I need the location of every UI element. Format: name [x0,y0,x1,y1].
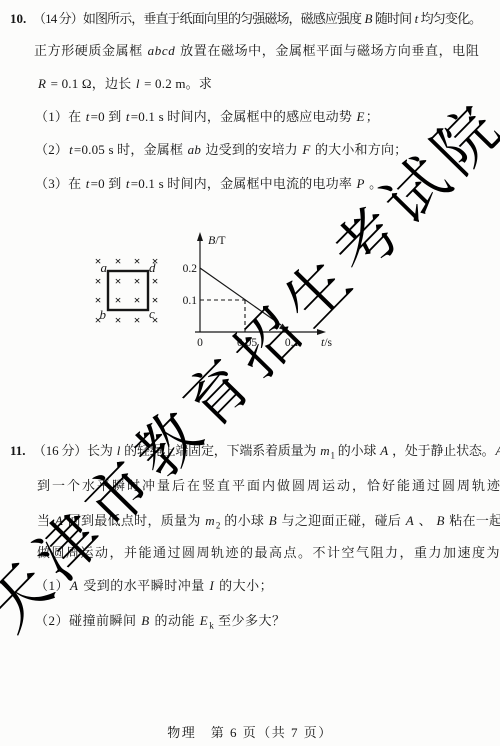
corner-label-c: c [149,306,155,321]
flux-cross-icon: × [115,313,122,327]
question-10-item-1: （1）在 t=0 到 t=0.1 s 时间内，金属框中的感应电动势 E； [35,109,379,125]
question-11-number: 11. [10,443,26,459]
x-axis-title: t/s [321,335,333,349]
corner-label-b: b [100,307,107,322]
flux-cross-icon: × [152,293,159,307]
y-axis-title: B/T [208,233,226,247]
page-footer: 物理 第 6 页（共 7 页） [0,722,500,741]
y-axis-arrow-icon [197,232,203,241]
y-tick-0p1: 0.1 [183,295,198,307]
question-10-line-3: R = 0.1 Ω，边长 l = 0.2 m。求 [37,76,212,92]
question-11-item-1: （1）A 受到的水平瞬时冲量 I 的大小； [35,578,273,594]
question-11-line-1: （16 分）长为 l 的轻绳上端固定，下端系着质量为 m1 的小球 A ，处于静… [33,443,500,464]
flux-cross-icon: × [95,293,102,307]
x-tick-0p05: 0.05 [237,337,257,349]
question-10-number: 10. [10,11,26,27]
question-11-item-2: （2）碰撞前瞬间 B 的动能 Ek 至少多大？ [35,613,285,634]
flux-cross-icon: × [115,293,122,307]
x-tick-0: 0 [197,337,203,349]
question-10-line-1: （14 分）如图所示，垂直于纸面向里的匀强磁场，磁感应强度 B 随时间 t 均匀… [33,11,481,27]
flux-cross-icon: × [134,254,141,268]
question-10-line-2: 正方形硬质金属框 abcd 放置在磁场中，金属框平面与磁场方向垂直，电阻 [34,43,479,59]
corner-label-d: d [149,260,156,275]
y-tick-0p2: 0.2 [183,263,198,275]
question-11-line-4: 做圆周运动，并能通过圆周轨迹的最高点。不计空气阻力，重力加速度为 g ，求 [37,545,500,561]
figure-bt-graph: B/T t/s 0.2 0.1 0 0.05 0.1 [178,224,358,356]
question-10-item-2: （2）t=0.05 s 时，金属框 ab 边受到的安培力 F 的大小和方向； [35,142,407,158]
flux-cross-icon: × [115,254,122,268]
flux-cross-icon: × [152,274,159,288]
graph-line-B-vs-t [200,268,281,325]
flux-cross-icon: × [134,274,141,288]
corner-label-a: a [101,260,108,275]
question-10-item-3: （3）在 t=0 到 t=0.1 s 时间内，金属框中电流的电功率 P 。 [35,176,382,192]
figure-frame-in-field: × × × × × × × × × × × × × × × × a d b c [88,250,170,332]
flux-cross-icon: × [95,274,102,288]
question-11-line-2: 到一个水平瞬时冲量后在竖直平面内做圆周运动，恰好能通过圆周轨迹的最高点。 [37,478,500,494]
question-11-line-3: 当 A 回到最低点时，质量为 m2 的小球 B 与之迎面正碰，碰后 A 、 B … [37,513,500,534]
flux-cross-icon: × [115,274,122,288]
x-tick-0p1: 0.1 [285,337,300,349]
flux-cross-icon: × [134,293,141,307]
exam-page: 10. （14 分）如图所示，垂直于纸面向里的匀强磁场，磁感应强度 B 随时间 … [0,0,500,746]
flux-cross-icon: × [134,313,141,327]
